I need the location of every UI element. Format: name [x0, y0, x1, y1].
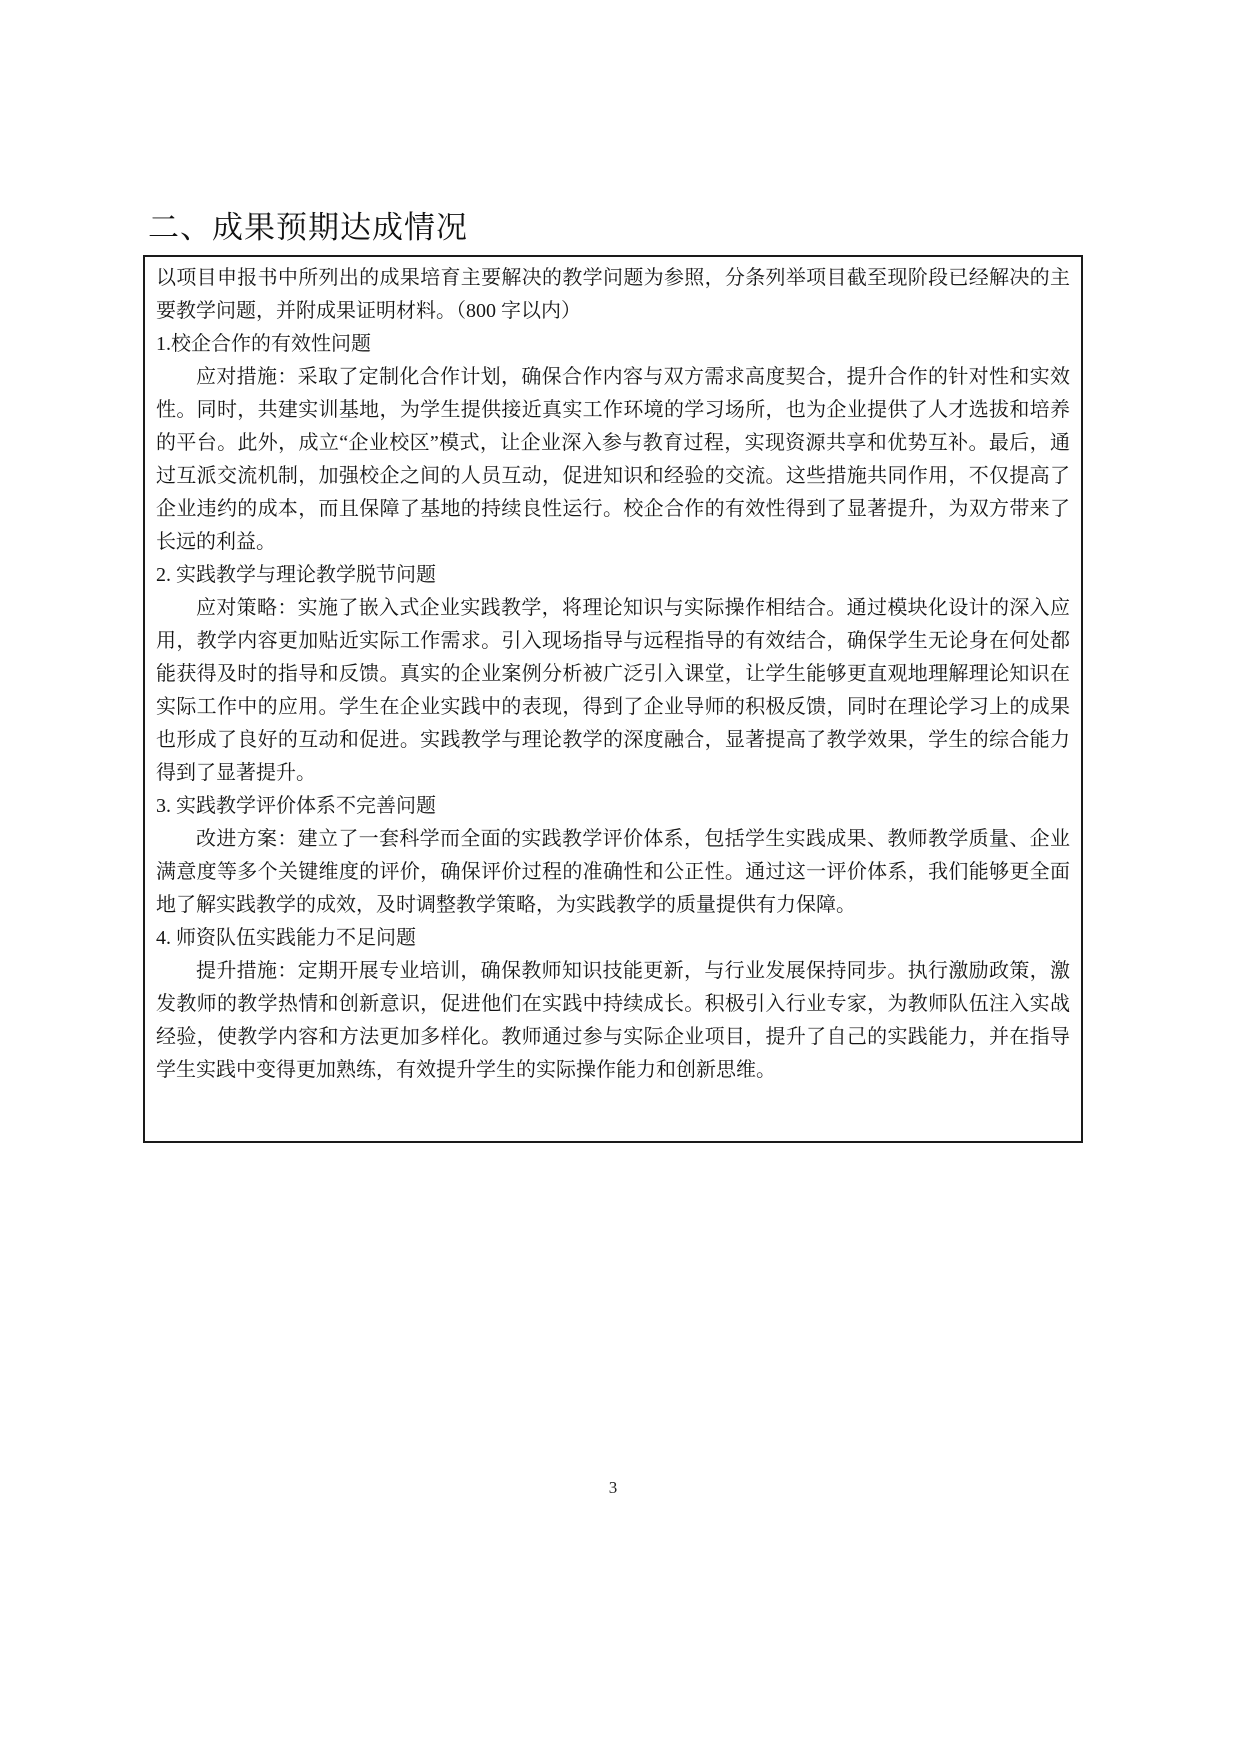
- document-page: 二、成果预期达成情况 以项目申报书中所列出的成果培育主要解决的教学问题为参照，分…: [0, 0, 1240, 1753]
- paragraph: 2. 实践教学与理论教学脱节问题: [156, 559, 1070, 592]
- paragraph: 3. 实践教学评价体系不完善问题: [156, 790, 1070, 823]
- paragraph: 4. 师资队伍实践能力不足问题: [156, 922, 1070, 955]
- content-box: 以项目申报书中所列出的成果培育主要解决的教学问题为参照，分条列举项目截至现阶段已…: [143, 255, 1083, 1143]
- page-number: 3: [143, 1478, 1083, 1498]
- paragraph: 应对措施：采取了定制化合作计划，确保合作内容与双方需求高度契合，提升合作的针对性…: [156, 361, 1070, 559]
- paragraph: 改进方案：建立了一套科学而全面的实践教学评价体系，包括学生实践成果、教师教学质量…: [156, 823, 1070, 922]
- paragraph: 提升措施：定期开展专业培训，确保教师知识技能更新，与行业发展保持同步。执行激励政…: [156, 955, 1070, 1087]
- paragraph: 1.校企合作的有效性问题: [156, 328, 1070, 361]
- paragraph: 以项目申报书中所列出的成果培育主要解决的教学问题为参照，分条列举项目截至现阶段已…: [156, 262, 1070, 328]
- section-title: 二、成果预期达成情况: [148, 202, 468, 247]
- paragraph: 应对策略：实施了嵌入式企业实践教学，将理论知识与实际操作相结合。通过模块化设计的…: [156, 592, 1070, 790]
- content-paragraphs: 以项目申报书中所列出的成果培育主要解决的教学问题为参照，分条列举项目截至现阶段已…: [156, 262, 1070, 1087]
